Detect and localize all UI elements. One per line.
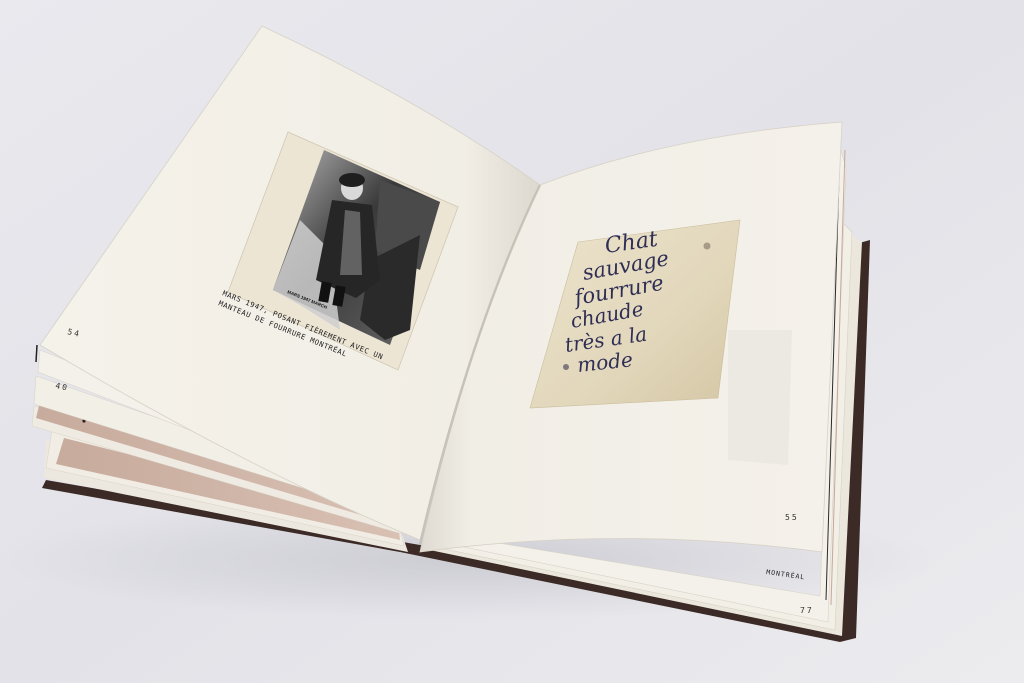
page-number-77: 77 (800, 606, 814, 615)
page-number-55: 55 (785, 513, 799, 522)
book-illustration: MONTRÉAL 77 40 5 54 (0, 0, 1024, 683)
book-photo-scene: MONTRÉAL 77 40 5 54 (0, 0, 1024, 683)
